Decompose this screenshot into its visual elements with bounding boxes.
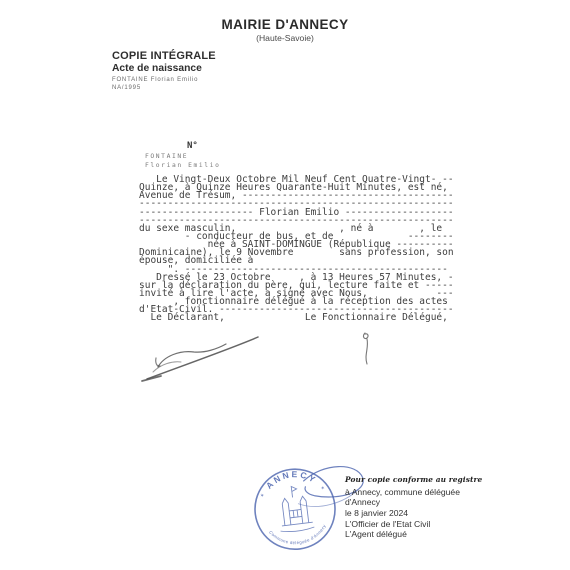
document-header: MAIRIE D'ANNECY (Haute-Savoie)	[0, 17, 570, 43]
department-subtitle: (Haute-Savoie)	[0, 33, 570, 43]
officer-signature	[364, 333, 369, 364]
conformity-statement: Pour copie conforme au registre	[345, 475, 482, 484]
act-type-label: Acte de naissance	[112, 63, 216, 74]
person-reference: FONTAINE Florian Emilio	[112, 77, 216, 83]
file-reference: NA/1995	[112, 85, 216, 91]
certification-place-line1: à Annecy, commune déléguée	[345, 487, 482, 498]
act-given-names: Florian Emilio	[145, 162, 474, 169]
stamp-star-right-icon: ✶	[320, 485, 325, 491]
certification-agent-title: L'Agent délégué	[345, 529, 482, 540]
act-surname: FONTAINE	[145, 153, 474, 160]
act-number-label: N°	[139, 141, 474, 151]
declarant-signature	[142, 337, 258, 381]
stamp-star-left-icon: ✶	[260, 493, 265, 499]
certification-place-line2: d'Annecy	[345, 497, 482, 508]
certification-block: Pour copie conforme au registre à Annecy…	[345, 475, 482, 540]
city-hall-title: MAIRIE D'ANNECY	[0, 17, 570, 32]
castle-emblem-icon	[275, 484, 314, 533]
act-body: N° FONTAINE Florian Emilio Le Vingt-Deux…	[139, 141, 474, 323]
act-text-line: Le Déclarant, Le Fonctionnaire Délégué,	[139, 314, 474, 322]
document-type-block: COPIE INTÉGRALE Acte de naissance FONTAI…	[112, 50, 216, 91]
birth-certificate-document: MAIRIE D'ANNECY (Haute-Savoie) COPIE INT…	[0, 0, 570, 570]
certification-officer-title: L'Officier de l'Etat Civil	[345, 519, 482, 530]
act-text: Le Vingt-Deux Octobre Mil Neuf Cent Quat…	[139, 176, 474, 323]
copy-type-label: COPIE INTÉGRALE	[112, 50, 216, 62]
certification-date: le 8 janvier 2024	[345, 508, 482, 519]
